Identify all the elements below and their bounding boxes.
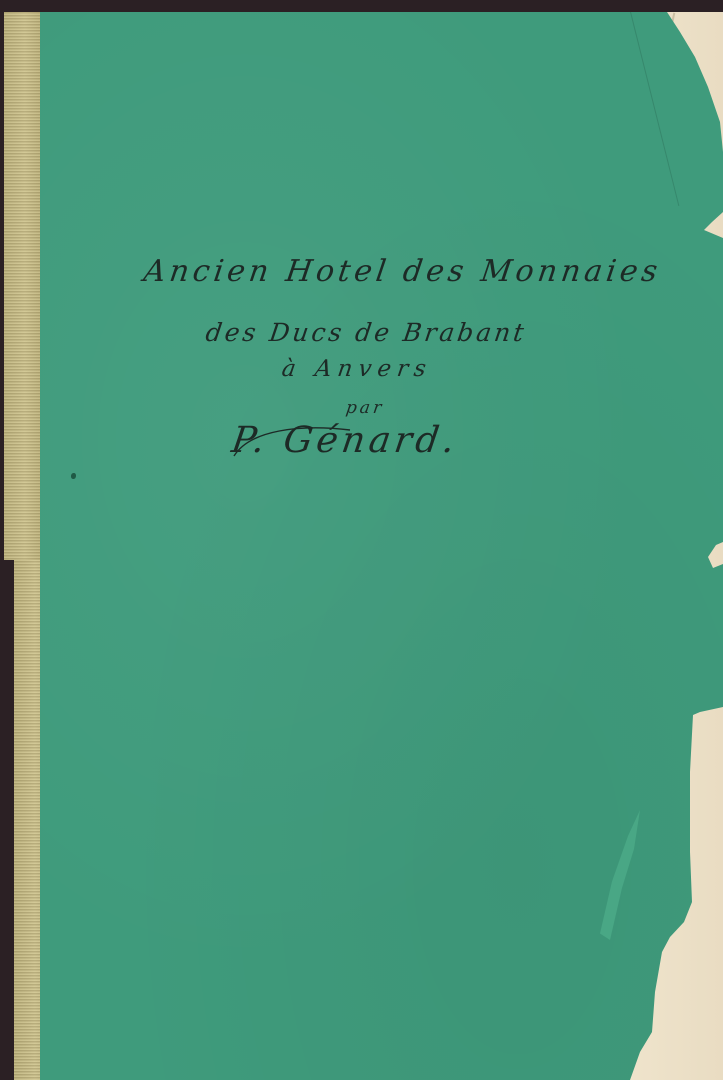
ink-spot: [71, 473, 76, 479]
title-line-3: à Anvers: [280, 356, 434, 382]
title-line-2: des Ducs de Brabant: [204, 318, 529, 347]
green-cover-sheet: [40, 12, 723, 1080]
title-line-1: Ancien Hotel des Monnaies: [142, 254, 664, 289]
author-name: P. Génard.: [229, 420, 461, 461]
author-prefix: par: [345, 398, 386, 418]
spine-shadow: [0, 560, 14, 1080]
